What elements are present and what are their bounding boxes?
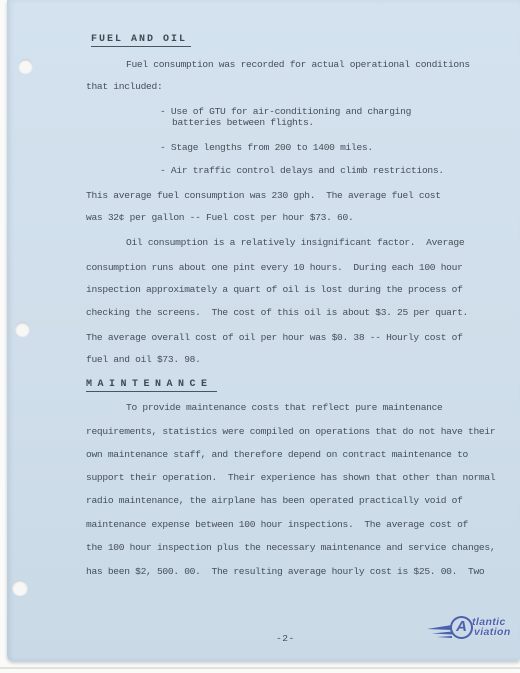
punch-hole	[15, 322, 30, 337]
text-line: inspection approximately a quart of oil …	[86, 283, 463, 297]
text-line: This average fuel consumption was 230 gp…	[86, 189, 441, 203]
punch-hole	[18, 59, 33, 74]
text-line: the 100 hour inspection plus the necessa…	[86, 541, 495, 555]
text-line: consumption runs about one pint every 10…	[86, 261, 463, 275]
heading-text: FUEL AND OIL	[91, 34, 191, 47]
text-line: has been $2, 500. 00. The resulting aver…	[86, 565, 484, 579]
logo-wordmark: tlantic viation	[472, 617, 511, 637]
bullet-item: - Stage lengths from 200 to 1400 miles.	[160, 141, 373, 155]
text-line: requirements, statistics were compiled o…	[86, 425, 495, 439]
text-line: checking the screens. The cost of this o…	[86, 306, 468, 320]
punch-hole	[12, 580, 28, 596]
atlantic-aviation-logo: A tlantic viation	[425, 612, 511, 641]
scanned-document: FUEL AND OIL Fuel consumption was record…	[0, 0, 520, 673]
text-line: that included:	[86, 80, 162, 94]
text-line: The average overall cost of oil per hour…	[86, 331, 463, 345]
section-heading-maintenance: MAINTENANCE	[86, 378, 217, 392]
logo-letter-a: A	[450, 616, 473, 639]
text-line: Oil consumption is a relatively insignif…	[126, 236, 464, 250]
text-line: support their operation. Their experienc…	[86, 471, 495, 485]
text-line: maintenance expense between 100 hour ins…	[86, 518, 468, 532]
bullet-item: - Air traffic control delays and climb r…	[160, 164, 444, 178]
heading-text: MAINTENANCE	[86, 379, 217, 392]
wing-icon	[425, 621, 453, 641]
text-line: fuel and oil $73. 98.	[86, 353, 201, 367]
section-heading-fuel-and-oil: FUEL AND OIL	[91, 33, 191, 47]
bullet-item-continuation: batteries between flights.	[172, 116, 314, 130]
text-line: radio maintenance, the airplane has been…	[86, 494, 463, 508]
text-line: own maintenance staff, and therefore dep…	[86, 448, 468, 462]
text-line: To provide maintenance costs that reflec…	[126, 401, 443, 415]
scan-edge-line	[0, 667, 520, 669]
logo-word-bottom: viation	[474, 627, 511, 637]
text-line: Fuel consumption was recorded for actual…	[126, 58, 470, 72]
text-line: was 32¢ per gallon -- Fuel cost per hour…	[86, 211, 353, 225]
page-number: -2-	[276, 633, 295, 644]
